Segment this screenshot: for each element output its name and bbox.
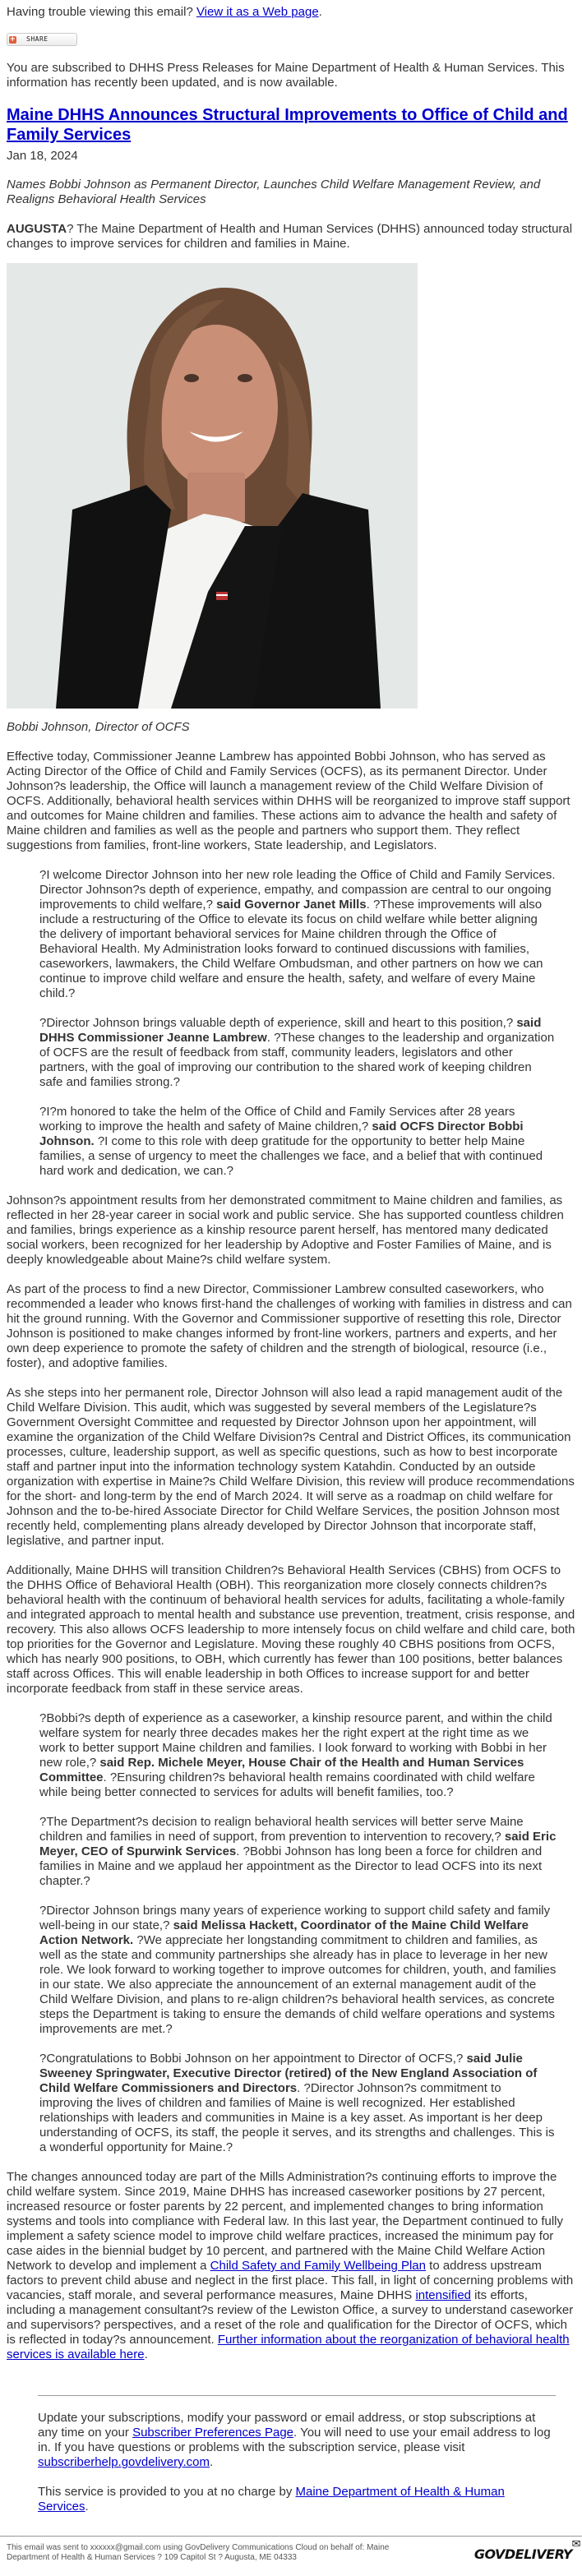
share-label: SHARE (26, 35, 48, 44)
paragraph-appointment: Effective today, Commissioner Jeanne Lam… (7, 750, 575, 853)
quote-text: . ?Ensuring children?s behavioral health… (39, 1770, 535, 1799)
legal-footer: This email was sent to xxxxxx@gmail.com … (0, 2537, 582, 2576)
trouble-suffix: . (319, 5, 322, 19)
plus-icon: + (9, 36, 16, 44)
subscriber-help-link[interactable]: subscriberhelp.govdelivery.com (38, 2455, 210, 2469)
article-date: Jan 18, 2024 (7, 148, 575, 164)
dateline: AUGUSTA (7, 222, 67, 236)
paragraph-text: The changes announced today are part of … (7, 2170, 563, 2273)
quote-rep-meyer: ?Bobbi?s depth of experience as a casewo… (39, 1711, 557, 1800)
quote-text: ?Director Johnson brings valuable depth … (39, 1016, 516, 1030)
email-body: Having trouble viewing this email? View … (0, 0, 582, 2514)
paragraph-audit: As she steps into her permanent role, Di… (7, 1386, 575, 1549)
legal-text: This email was sent to xxxxxx@gmail.com … (7, 2543, 418, 2563)
trouble-text: Having trouble viewing this email? (7, 5, 196, 19)
service-provider-text: This service is provided to you at no ch… (38, 2485, 556, 2514)
footer-text: . (85, 2500, 89, 2514)
view-web-page-link[interactable]: View it as a Web page (196, 5, 319, 19)
intensified-link[interactable]: intensified (415, 2288, 471, 2302)
quote-hackett: ?Director Johnson brings many years of e… (39, 1904, 557, 2037)
subscription-notice: You are subscribed to DHHS Press Release… (7, 61, 575, 90)
quote-director: ?I?m honored to take the helm of the Off… (39, 1105, 557, 1179)
subscriber-preferences-link[interactable]: Subscriber Preferences Page (132, 2426, 293, 2440)
footer-divider (38, 2395, 556, 2396)
paragraph-process: As part of the process to find a new Dir… (7, 1282, 575, 1371)
article-title: Maine DHHS Announces Structural Improvem… (7, 105, 575, 145)
quote-text: ?We appreciate her longstanding commitme… (39, 1933, 556, 2036)
article-lede: AUGUSTA? The Maine Department of Health … (7, 222, 575, 252)
quote-text: ?Congratulations to Bobbi Johnson on her… (39, 2052, 466, 2066)
quote-text: . ?These improvements will also include … (39, 898, 543, 1000)
paragraph-mills-efforts: The changes announced today are part of … (7, 2170, 575, 2362)
paragraph-cbhs-transition: Additionally, Maine DHHS will transition… (7, 1563, 575, 1697)
quote-commissioner: ?Director Johnson brings valuable depth … (39, 1016, 557, 1090)
share-button[interactable]: + SHARE (7, 33, 77, 46)
subscription-footer: Update your subscriptions, modify your p… (38, 2395, 556, 2514)
director-photo (7, 263, 418, 709)
article-subhead: Names Bobbi Johnson as Permanent Directo… (7, 178, 575, 207)
wellbeing-plan-link[interactable]: Child Safety and Family Wellbeing Plan (210, 2259, 426, 2273)
portrait-image (7, 263, 418, 709)
footer-text: This service is provided to you at no ch… (38, 2485, 296, 2499)
govdelivery-logo[interactable]: GOVDELIVERY ✉ (474, 2546, 575, 2562)
lede-text: ? The Maine Department of Health and Hum… (7, 222, 572, 251)
article-title-link[interactable]: Maine DHHS Announces Structural Improvem… (7, 106, 568, 144)
quote-text: ?The Department?s decision to realign be… (39, 1815, 524, 1844)
quote-text: ?I come to this role with deep gratitude… (39, 1134, 543, 1178)
quote-governor: ?I welcome Director Johnson into her new… (39, 868, 557, 1001)
quote-attribution: said Governor Janet Mills (216, 898, 367, 912)
logo-text: GOVDELIVERY (474, 2546, 572, 2562)
envelope-icon: ✉ (572, 2538, 580, 2551)
footer-text: . (210, 2455, 213, 2469)
preferences-text: Update your subscriptions, modify your p… (38, 2411, 556, 2470)
quote-springwater: ?Congratulations to Bobbi Johnson on her… (39, 2052, 557, 2155)
quote-eric-meyer: ?The Department?s decision to realign be… (39, 1815, 557, 1889)
paragraph-text: . (145, 2347, 148, 2361)
photo-caption: Bobbi Johnson, Director of OCFS (7, 720, 575, 735)
paragraph-background: Johnson?s appointment results from her d… (7, 1193, 575, 1267)
view-online-line: Having trouble viewing this email? View … (7, 0, 575, 21)
